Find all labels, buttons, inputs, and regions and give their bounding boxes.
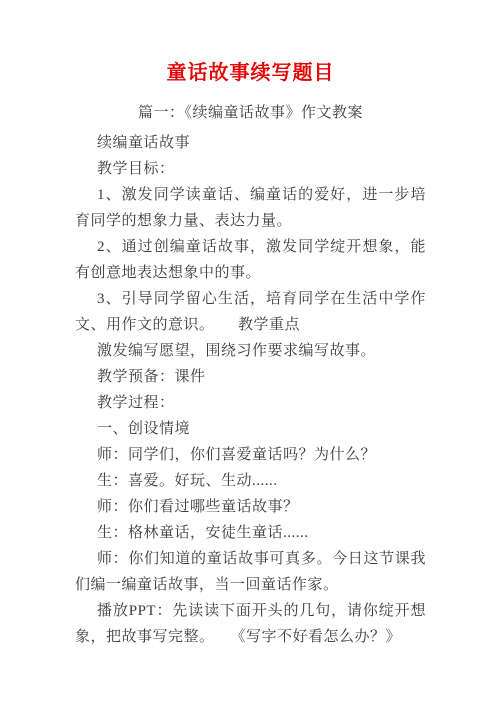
paragraph: 教学过程： xyxy=(75,390,426,416)
paragraph: 续编童话故事 xyxy=(75,130,426,156)
document-title: 童话故事续写题目 xyxy=(75,60,426,86)
paragraph: 激发编写愿望，围绕习作要求编写故事。 xyxy=(75,338,426,364)
paragraph: 教学目标： xyxy=(75,156,426,182)
paragraph: 师：你们看过哪些童话故事？ xyxy=(75,494,426,520)
paragraph: 师：你们知道的童话故事可真多。今日这节课我们编一编童话故事，当一回童话作家。 xyxy=(75,546,426,598)
paragraph: 3、引导同学留心生活，培育同学在生活中学作文、用作文的意识。 教学重点 xyxy=(75,286,426,338)
paragraph: 生：格林童话，安徒生童话...... xyxy=(75,520,426,546)
paragraph: 一、创设情境 xyxy=(75,416,426,442)
paragraph: 生：喜爱。好玩、生动...... xyxy=(75,468,426,494)
paragraph: 1、激发同学读童话、编童话的爱好，进一步培育同学的想象力量、表达力量。 xyxy=(75,182,426,234)
paragraph: 师：同学们，你们喜爱童话吗？为什么？ xyxy=(75,442,426,468)
document-subtitle: 篇一：《续编童话故事》作文教案 xyxy=(75,100,426,126)
paragraph: 教学预备：课件 xyxy=(75,364,426,390)
paragraph: 播放PPT：先读读下面开头的几句，请你绽开想象，把故事写完整。 《写字不好看怎么… xyxy=(75,598,426,650)
paragraph: 2、通过创编童话故事，激发同学绽开想象，能有创意地表达想象中的事。 xyxy=(75,234,426,286)
document-page: 童话故事续写题目 篇一：《续编童话故事》作文教案 续编童话故事 教学目标： 1、… xyxy=(0,0,500,708)
